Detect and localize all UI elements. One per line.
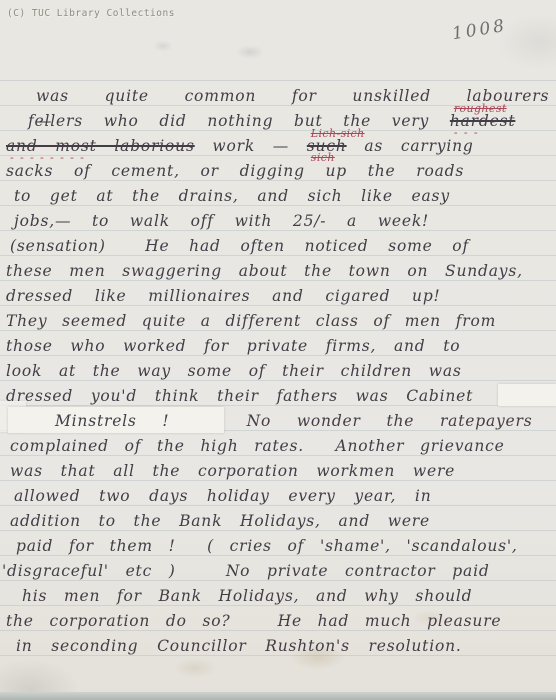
handwritten-text: complained of the high rates. Another gr… bbox=[10, 437, 505, 455]
manuscript-line: complained of the high rates. Another gr… bbox=[0, 434, 556, 459]
manuscript-line: the corporation do so? He had much pleas… bbox=[0, 609, 556, 634]
library-watermark: (C) TUC Library Collections bbox=[7, 8, 175, 19]
manuscript-line: look at the way some of their children w… bbox=[0, 359, 556, 384]
handwritten-text: was that all the corporation workmen wer… bbox=[10, 462, 455, 480]
handwritten-text: those who worked for private firms, and … bbox=[6, 337, 460, 355]
handwritten-text: dressed like millionaires and cigared up… bbox=[6, 287, 441, 305]
handwritten-text: the corporation do so? He had much pleas… bbox=[6, 612, 501, 630]
manuscript-line: was that all the corporation workmen wer… bbox=[0, 459, 556, 484]
scan-edge bbox=[0, 692, 556, 700]
handwritten-text: 'disgraceful' etc ) No private contracto… bbox=[2, 562, 490, 580]
manuscript-line: in seconding Councillor Rushton's resolu… bbox=[0, 634, 556, 659]
manuscript-line: Minstrels ! No wonder the ratepayers bbox=[0, 409, 556, 434]
struck-text: and most laborious- - - - - - - - bbox=[6, 137, 195, 155]
manuscript-line: 'disgraceful' etc ) No private contracto… bbox=[0, 559, 556, 584]
manuscript-line: sacks of cement, or digging up the roads bbox=[0, 159, 556, 184]
handwritten-text: fellers who did nothing but the very bbox=[28, 112, 450, 130]
handwritten-text: jobs,— to walk off with 25/- a week! bbox=[14, 212, 429, 230]
handwritten-text: to get at the drains, and sich like easy bbox=[14, 187, 450, 205]
manuscript-line: to get at the drains, and sich like easy bbox=[0, 184, 556, 209]
handwritten-text: dressed you'd think their fathers was Ca… bbox=[6, 387, 473, 405]
handwritten-text: addition to the Bank Holidays, and were bbox=[10, 512, 430, 530]
manuscript-line: (sensation) He had often noticed some of bbox=[0, 234, 556, 259]
red-correction-above: roughest bbox=[454, 103, 507, 114]
handwritten-text: paid for them ! ( cries of 'shame', 'sca… bbox=[16, 537, 518, 555]
handwritten-text: sacks of cement, or digging up the roads bbox=[6, 162, 464, 180]
manuscript-line: paid for them ! ( cries of 'shame', 'sca… bbox=[0, 534, 556, 559]
handwritten-text: in seconding Councillor Rushton's resolu… bbox=[16, 637, 462, 655]
manuscript-line: allowed two days holiday every year, in bbox=[0, 484, 556, 509]
page-number: 1008 bbox=[451, 16, 509, 44]
struck-text: hardestroughest- - - bbox=[450, 112, 516, 130]
manuscript-page: (C) TUC Library Collections 1008 was qui… bbox=[0, 0, 556, 700]
manuscript-line: those who worked for private firms, and … bbox=[0, 334, 556, 359]
handwritten-text: work — bbox=[195, 137, 307, 155]
handwritten-text: (sensation) He had often noticed some of bbox=[10, 237, 469, 255]
handwritten-text: his men for Bank Holidays, and why shoul… bbox=[22, 587, 472, 605]
manuscript-line: They seemed quite a different class of m… bbox=[0, 309, 556, 334]
handwritten-text: as carrying bbox=[347, 137, 474, 155]
manuscript-lines: was quite common for unskilled labourers… bbox=[0, 84, 556, 659]
handwritten-text: allowed two days holiday every year, in bbox=[14, 487, 431, 505]
manuscript-line: jobs,— to walk off with 25/- a week! bbox=[0, 209, 556, 234]
manuscript-line: dressed you'd think their fathers was Ca… bbox=[0, 384, 556, 409]
manuscript-line: dressed like millionaires and cigared up… bbox=[0, 284, 556, 309]
manuscript-line: and most laborious- - - - - - - - work —… bbox=[0, 134, 556, 159]
manuscript-line: addition to the Bank Holidays, and were bbox=[0, 509, 556, 534]
handwritten-text: these men swaggering about the town on S… bbox=[6, 262, 523, 280]
handwritten-text: look at the way some of their children w… bbox=[6, 362, 462, 380]
manuscript-line: his men for Bank Holidays, and why shoul… bbox=[0, 584, 556, 609]
manuscript-line: fellers who did nothing but the very har… bbox=[0, 109, 556, 134]
struck-text: suchLich-sichsich bbox=[307, 137, 347, 155]
handwritten-text: Minstrels ! No wonder the ratepayers bbox=[55, 412, 532, 430]
handwritten-text: They seemed quite a different class of m… bbox=[6, 312, 496, 330]
manuscript-line: these men swaggering about the town on S… bbox=[0, 259, 556, 284]
